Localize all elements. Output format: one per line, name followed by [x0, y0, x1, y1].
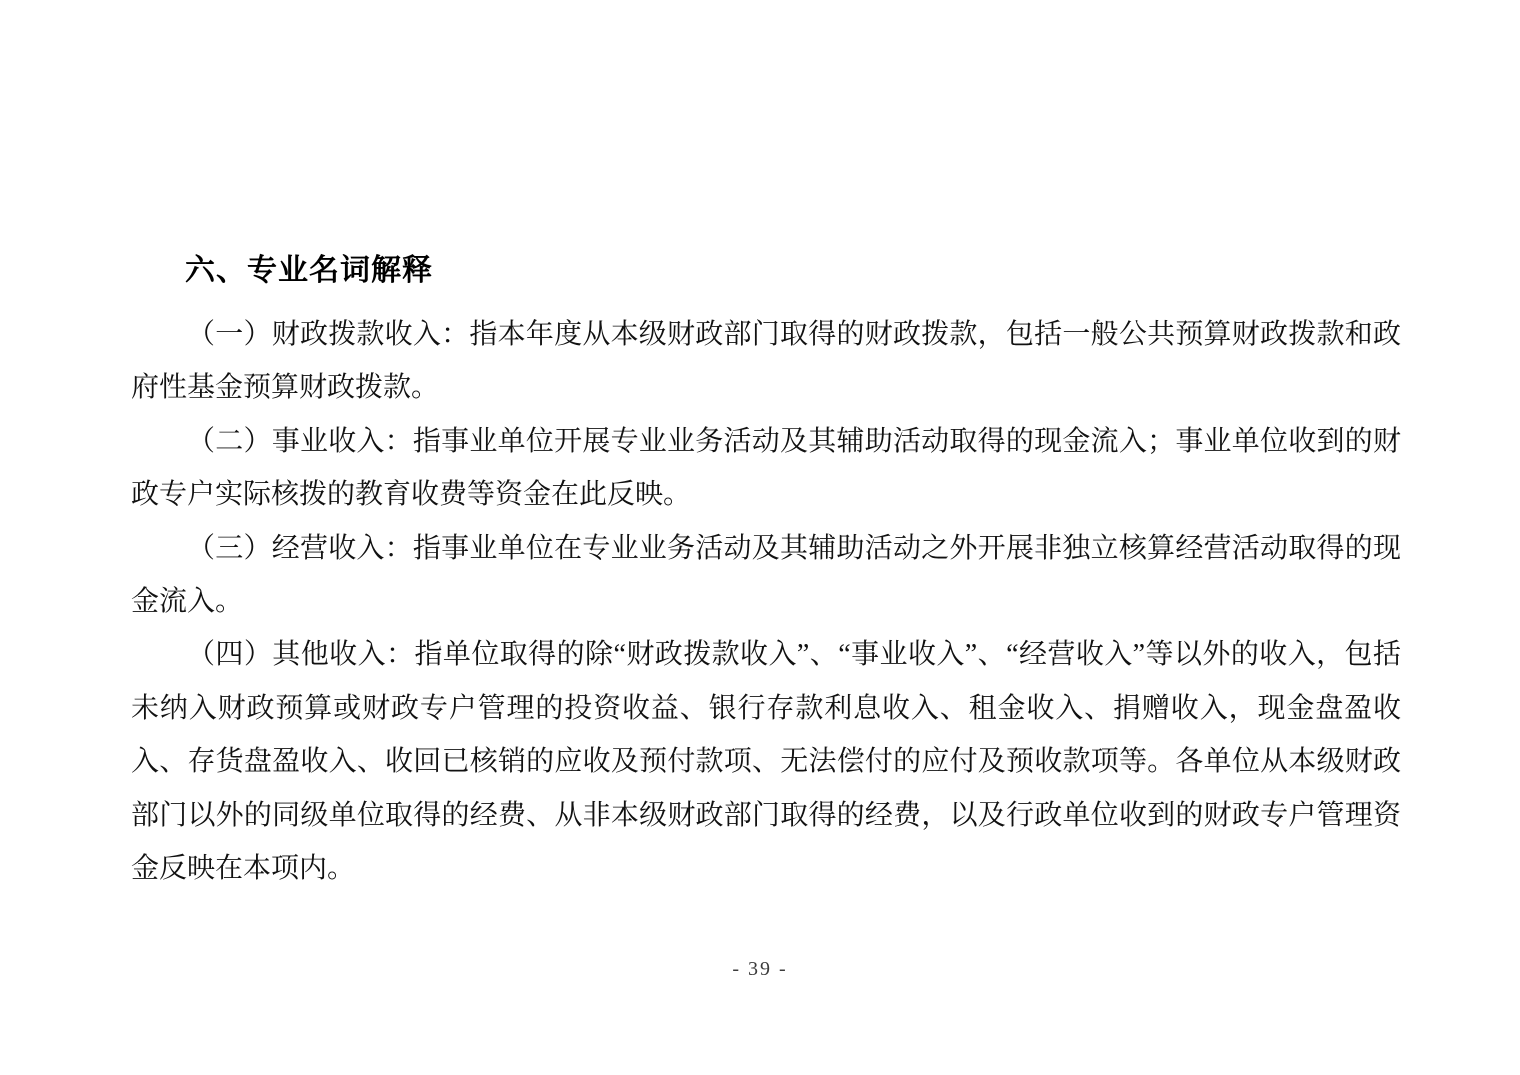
paragraph-fiscal-appropriation-income: （一）财政拨款收入：指本年度从本级财政部门取得的财政拨款，包括一般公共预算财政拨…	[131, 308, 1401, 415]
document-body: 六、专业名词解释 （一）财政拨款收入：指本年度从本级财政部门取得的财政拨款，包括…	[131, 252, 1401, 895]
paragraph-operating-income-public-institution: （二）事业收入：指事业单位开展专业业务活动及其辅助活动取得的现金流入；事业单位收…	[131, 415, 1401, 522]
section-heading: 六、专业名词解释	[131, 252, 1401, 290]
document-page: 六、专业名词解释 （一）财政拨款收入：指本年度从本级财政部门取得的财政拨款，包括…	[0, 0, 1520, 1075]
paragraph-other-income: （四）其他收入：指单位取得的除“财政拨款收入”、“事业收入”、“经营收入”等以外…	[131, 628, 1401, 895]
paragraph-business-income: （三）经营收入：指事业单位在专业业务活动及其辅助活动之外开展非独立核算经营活动取…	[131, 522, 1401, 629]
page-number: - 39 -	[0, 958, 1520, 981]
